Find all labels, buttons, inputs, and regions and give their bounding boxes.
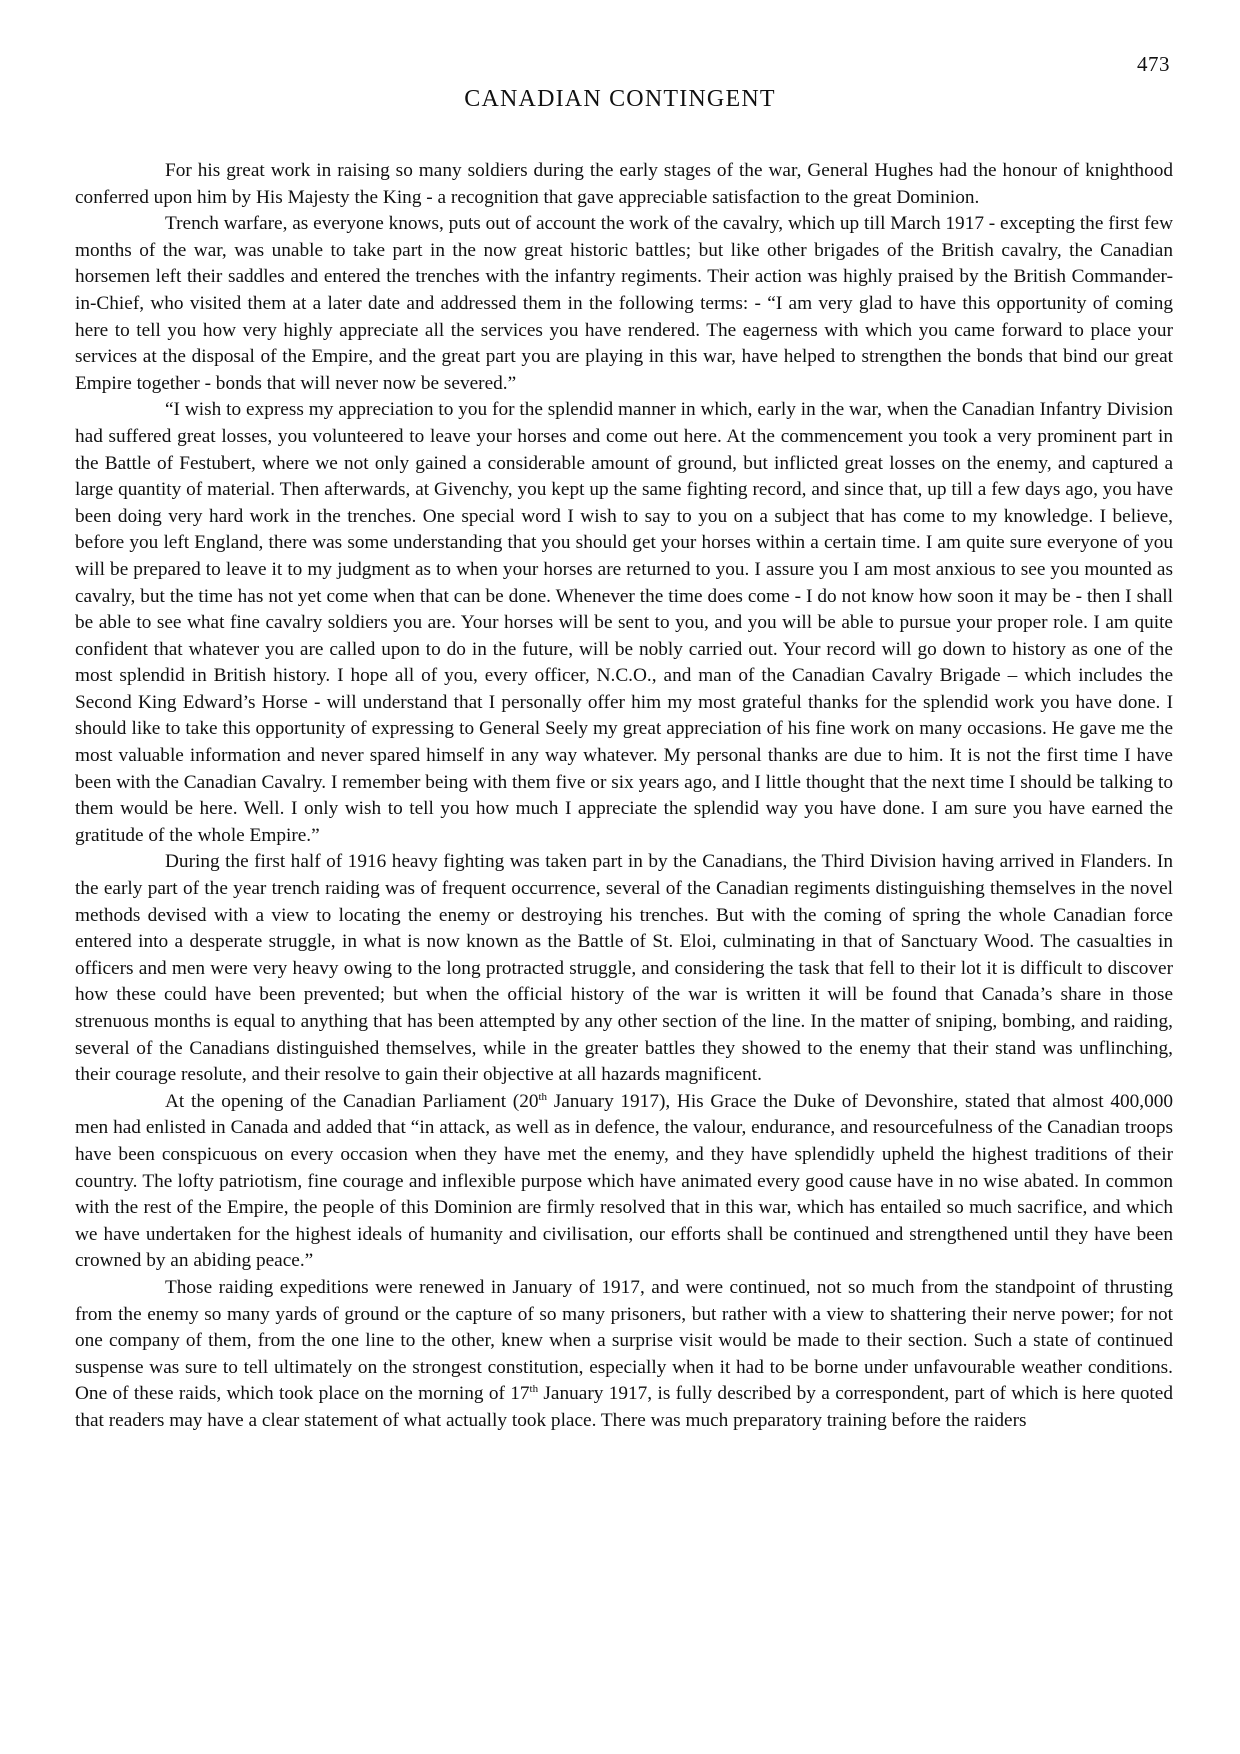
ordinal-suffix: th — [530, 1383, 539, 1395]
body-text: For his great work in raising so many so… — [75, 158, 1173, 1435]
page-number: 473 — [1137, 52, 1170, 77]
paragraph-knighthood: For his great work in raising so many so… — [75, 158, 1173, 211]
ordinal-suffix: th — [538, 1091, 547, 1103]
paragraph-parliament-opening: At the opening of the Canadian Parliamen… — [75, 1089, 1173, 1275]
paragraph-commander-speech: “I wish to express my appreciation to yo… — [75, 397, 1173, 849]
text-segment: January 1917), His Grace the Duke of Dev… — [75, 1091, 1173, 1272]
paragraph-trench-warfare: Trench warfare, as everyone knows, puts … — [75, 211, 1173, 397]
paragraph-raiding-expeditions: Those raiding expeditions were renewed i… — [75, 1275, 1173, 1435]
text-segment: At the opening of the Canadian Parliamen… — [165, 1091, 538, 1112]
running-head: CANADIAN CONTINGENT — [0, 86, 1240, 113]
paragraph-1916-fighting: During the first half of 1916 heavy figh… — [75, 849, 1173, 1088]
